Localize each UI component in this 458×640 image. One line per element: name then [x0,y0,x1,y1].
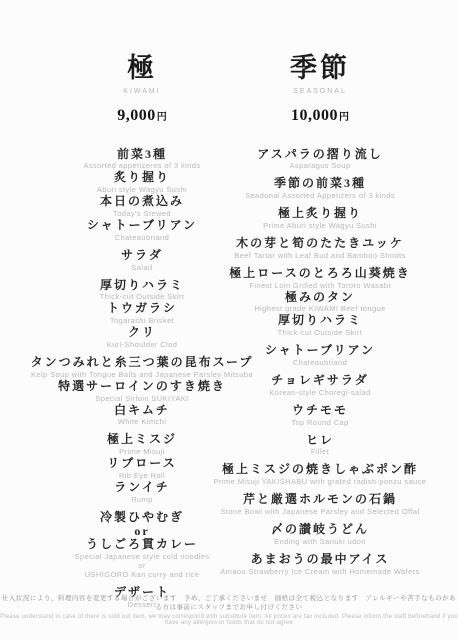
price-amount: 10,000 [291,107,338,124]
menu-item-group: ヒレFillet [190,434,450,457]
menu-item-subtitle: Prime Misuji YAKISHABU with grated radis… [190,477,450,486]
menu-item-name: 〆の讃岐うどん [190,523,450,537]
menu-item: 極上ミスジの焼きしゃぶポン酢Prime Misuji YAKISHABU wit… [190,463,450,486]
menu-item-subtitle: Prime Aburi style Wagyu Sushi [190,221,450,230]
menu-item-group: チョレギサラダKorean-style Choregi-salad [190,374,450,397]
menu-item-group: あまおうの最中アイスAmaou Strawberry Ice Cream wit… [190,553,450,576]
menu-item-name: 極みのタン [190,291,450,305]
menu-item-group: 木の芽と筍のたたきユッケBeef Tartar with Leaf Bud an… [190,237,450,260]
menu-item: 季節の前菜3種Seadonal Assorted Appetizers of 3… [190,177,450,200]
menu-item-group: 極上炙り握りPrime Aburi style Wagyu Sushi [190,207,450,230]
menu-item-group: 極上ロースのとろろ山葵焼きFinest Loin Grilled with To… [190,267,450,337]
menu-item-group: アスパラの摺り流しAsparagus Soup [190,148,450,171]
course-price: 10,000円 [190,107,450,125]
menu-item: 芹と厳選ホルモンの石鍋Stone Bowl with Japanese Pars… [190,493,450,516]
menu-item: 極上炙り握りPrime Aburi style Wagyu Sushi [190,207,450,230]
menu-item-subtitle: Thick-cut Outside Skirt [190,328,450,337]
menu-item-group: 〆の讃岐うどんEnding with Sanuki udon [190,523,450,546]
menu-item-name: シャトーブリアン [190,344,450,358]
menu-item-name: あまおうの最中アイス [190,553,450,567]
menu-item-subtitle: Top Round Cap [190,418,450,427]
menu-item-name: 厚切りハラミ [190,314,450,328]
menu-item-name: 極上炙り握り [190,207,450,221]
menu-item: チョレギサラダKorean-style Choregi-salad [190,374,450,397]
menu-item-name: アスパラの摺り流し [190,148,450,162]
menu-item-subtitle: Chateaubriand [190,358,450,367]
menu-item: 厚切りハラミThick-cut Outside Skirt [190,314,450,337]
menu-item-subtitle: Amaou Strawberry Ice Cream with Homemade… [190,567,450,576]
menu-item-name: ウチモモ [190,404,450,418]
menu-item-subtitle: Korean-style Choregi-salad [190,388,450,397]
menu-item-name: 季節の前菜3種 [190,177,450,191]
menu-item: 極みのタンHighest grade KIWAMI Beef tongue [190,291,450,314]
menu-item-subtitle: Ending with Sanuki udon [190,537,450,546]
menu-item: ウチモモTop Round Cap [190,404,450,427]
menu-item-subtitle: Seadonal Assorted Appetizers of 3 kinds [190,191,450,200]
price-currency-unit: 円 [157,112,167,123]
course-title: 季節 [190,54,450,84]
menu-item: 極上ロースのとろろ山葵焼きFinest Loin Grilled with To… [190,267,450,290]
menu-item: アスパラの摺り流しAsparagus Soup [190,148,450,171]
menu-item: 〆の讃岐うどんEnding with Sanuki udon [190,523,450,546]
menu-item-name: チョレギサラダ [190,374,450,388]
course-subtitle: SEASONAL [190,88,450,95]
footer-note-jp: 仕入状況により、料理内容を変更する場合がございます 予め、ご了承くださいませ 価… [0,593,458,611]
menu-item-name: 極上ミスジの焼きしゃぶポン酢 [190,463,450,477]
footer-notes: 仕入状況により、料理内容を変更する場合がございます 予め、ご了承くださいませ 価… [0,593,458,626]
menu-item-group: 季節の前菜3種Seadonal Assorted Appetizers of 3… [190,177,450,200]
menu-item-name: 極上ロースのとろろ山葵焼き [190,267,450,281]
menu-item: 木の芽と筍のたたきユッケBeef Tartar with Leaf Bud an… [190,237,450,260]
menu-item: シャトーブリアンChateaubriand [190,344,450,367]
menu-item-subtitle: Finest Loin Grilled with Tororo Wasabi [190,281,450,290]
footer-note-en: Please understand in case of there is so… [0,614,458,626]
menu-item-subtitle: Beef Tartar with Leaf Bud and Bamboo Sho… [190,251,450,260]
menu-item-group: 芹と厳選ホルモンの石鍋Stone Bowl with Japanese Pars… [190,493,450,516]
menu-item-group: 極上ミスジの焼きしゃぶポン酢Prime Misuji YAKISHABU wit… [190,463,450,486]
menu-item-subtitle: Stone Bowl with Japanese Parsley and Sel… [190,507,450,516]
price-amount: 9,000 [117,107,156,124]
menu-item-name: 芹と厳選ホルモンの石鍋 [190,493,450,507]
course-seasonal: 季節 SEASONAL 10,000円 アスパラの摺り流しAsparagus S… [190,54,450,583]
price-currency-unit: 円 [339,112,349,123]
menu-item-subtitle: Asparagus Soup [190,161,450,170]
menu-item-name: 木の芽と筍のたたきユッケ [190,237,450,251]
menu-item: ヒレFillet [190,434,450,457]
menu-item-subtitle: Fillet [190,447,450,456]
menu-item-name: ヒレ [190,434,450,448]
menu-item: あまおうの最中アイスAmaou Strawberry Ice Cream wit… [190,553,450,576]
course-item-list: アスパラの摺り流しAsparagus Soup季節の前菜3種Seadonal A… [190,148,450,576]
menu-item-group: ウチモモTop Round Cap [190,404,450,427]
menu-item-group: シャトーブリアンChateaubriand [190,344,450,367]
